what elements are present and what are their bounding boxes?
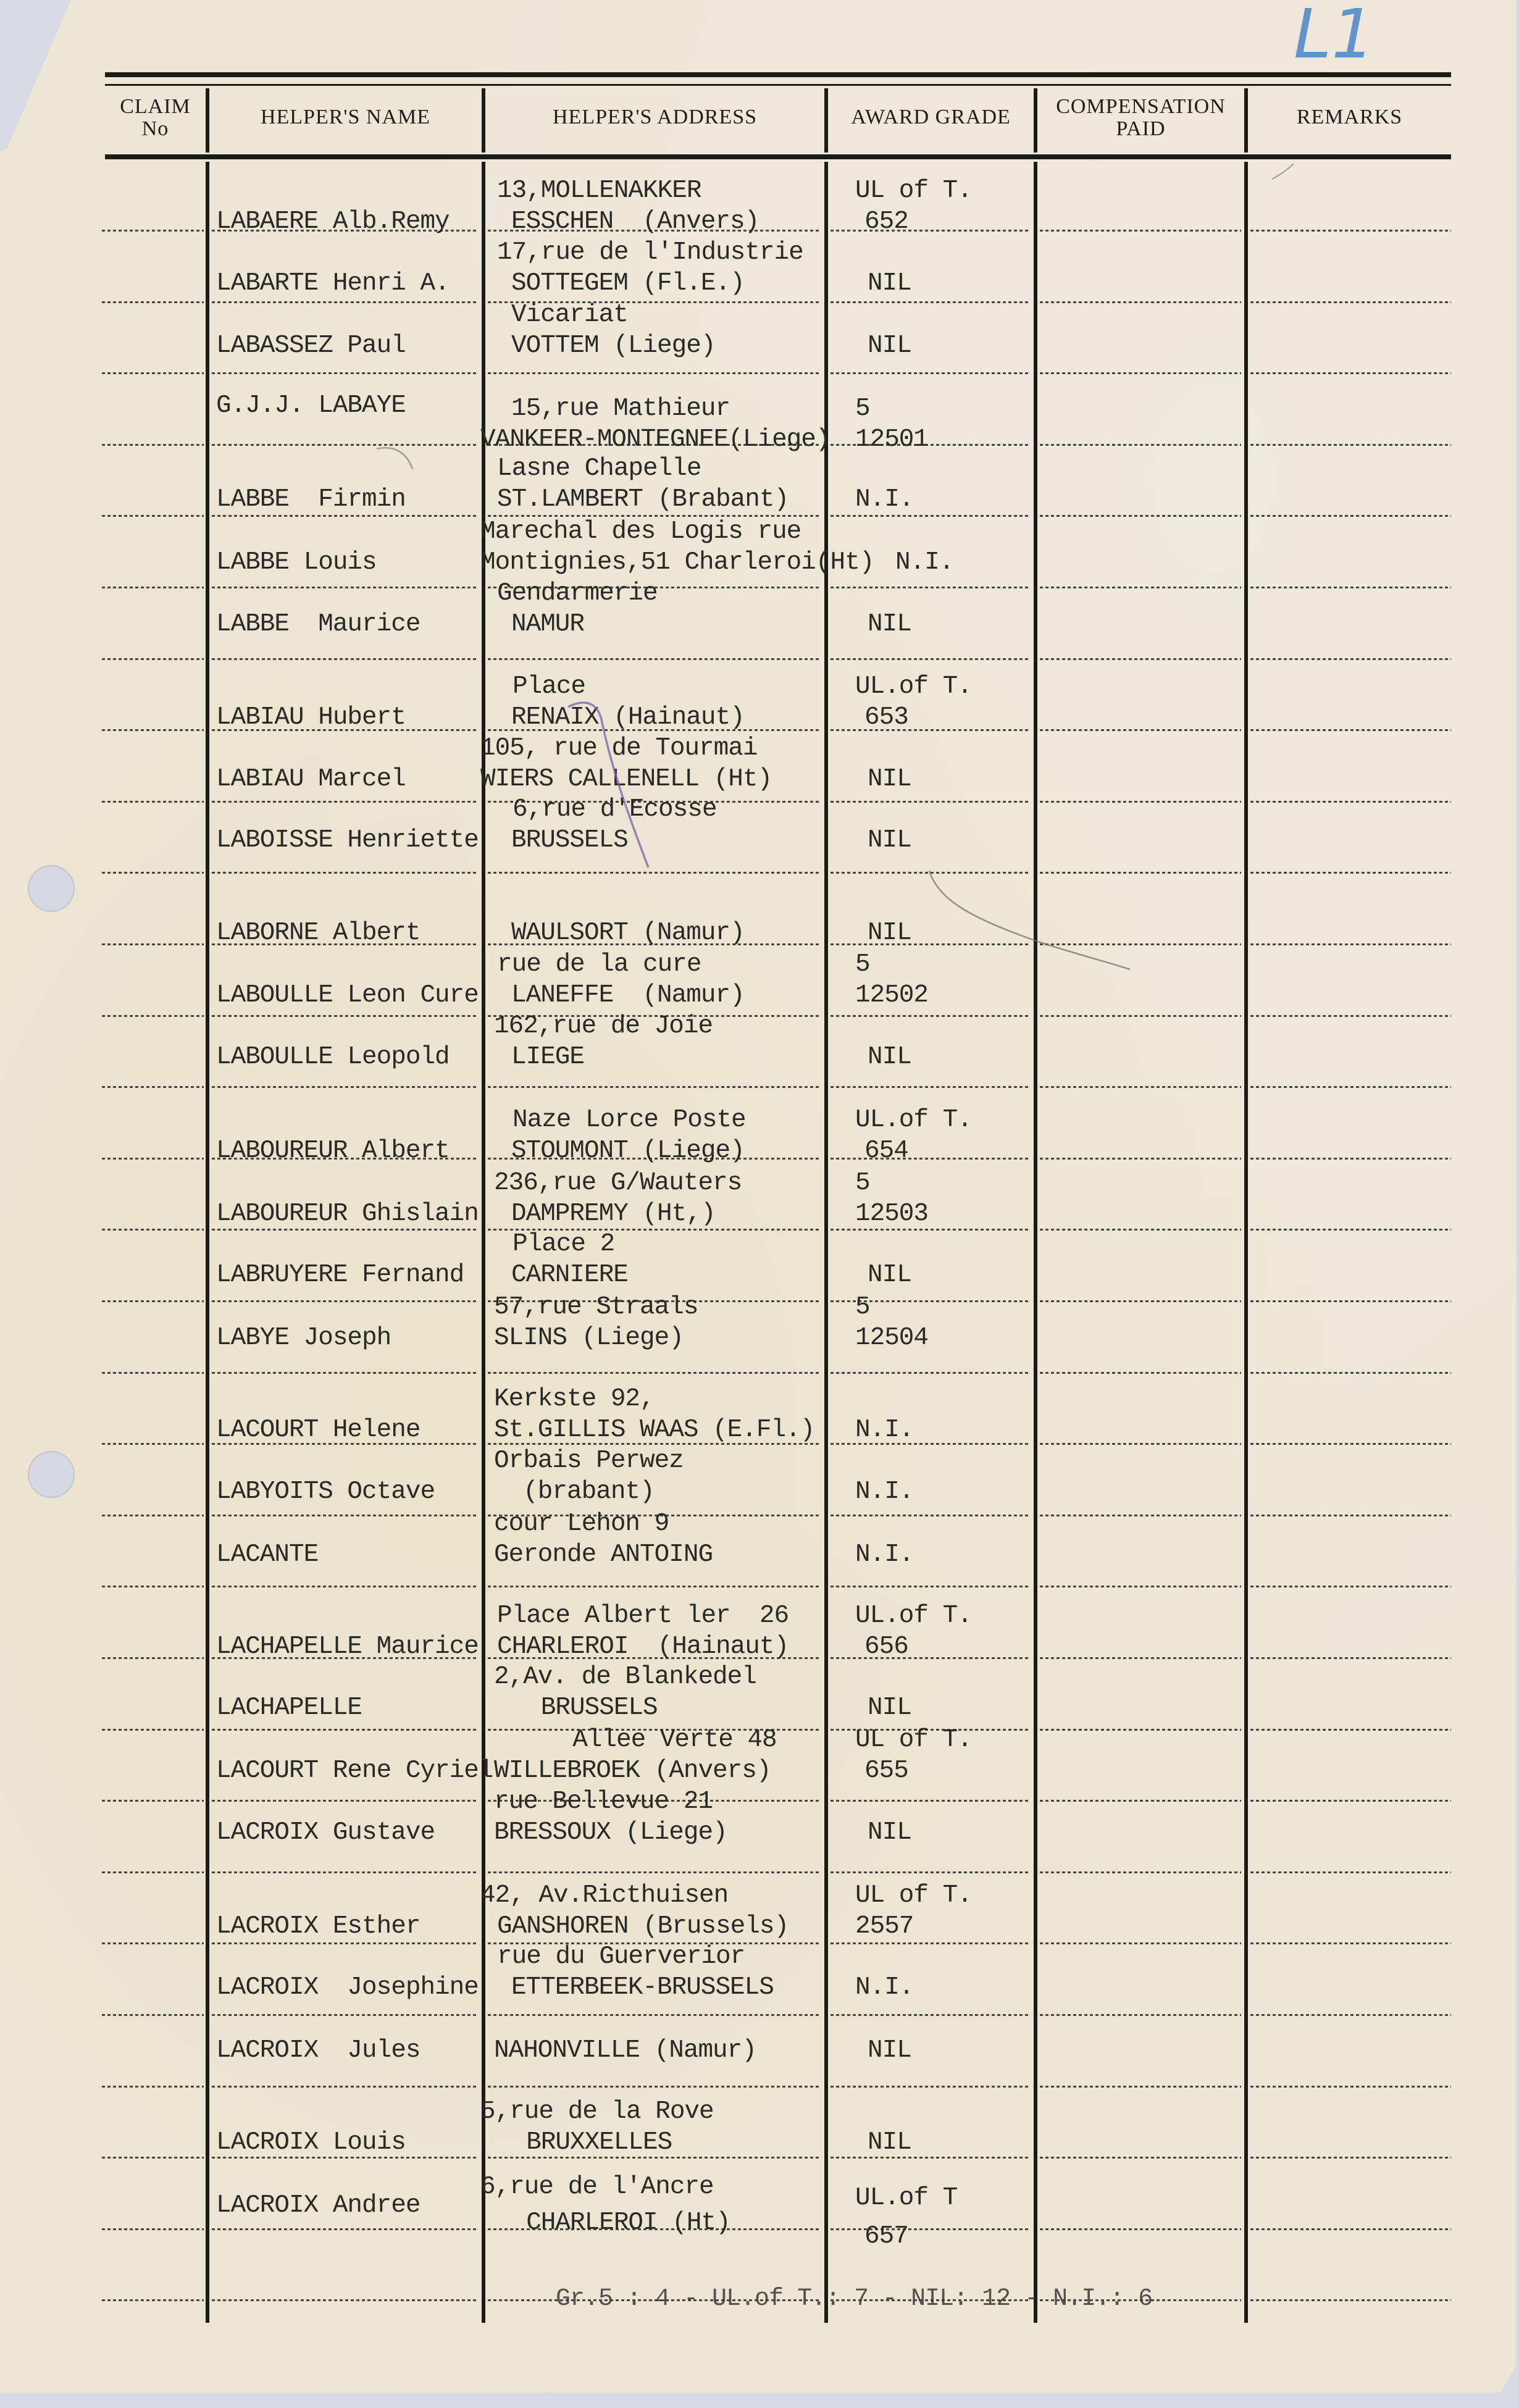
- pencil-mark: [0, 0, 1519, 2408]
- document-page: L1 CLAIM No HELPER'S NAME HELPER'S ADDRE…: [0, 0, 1516, 2393]
- summary-totals: Gr.5 : 4 - UL.of T.: 7 - NIL: 12 - N.I.:…: [556, 2286, 1152, 2313]
